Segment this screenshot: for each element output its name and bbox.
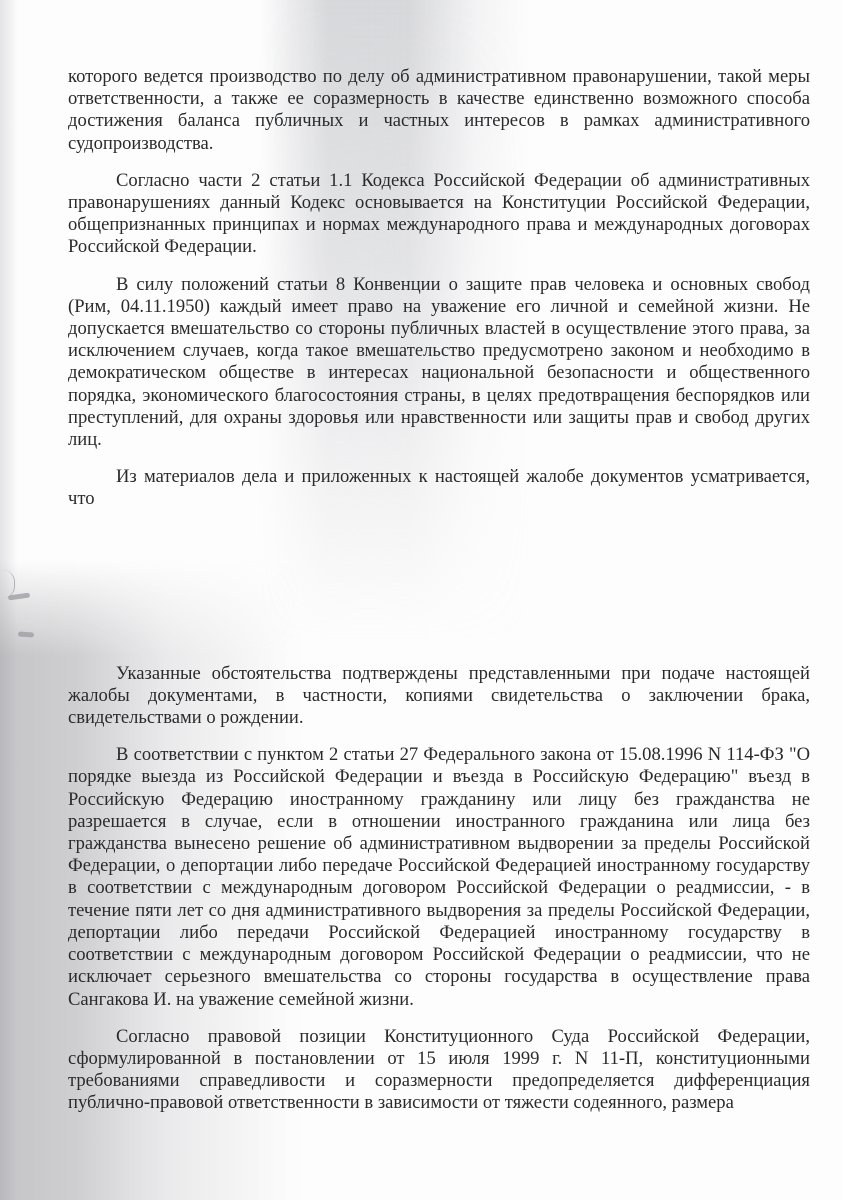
scanned-document-page: которого ведется производство по делу об… bbox=[0, 0, 842, 1200]
redacted-area bbox=[68, 526, 810, 651]
paragraph-continuation: которого ведется производство по делу об… bbox=[68, 66, 810, 155]
paragraph-convention-article-8: В силу положений статьи 8 Конвенции о за… bbox=[68, 274, 810, 452]
paragraph-circumstances-confirmed: Указанные обстоятельства подтверждены пр… bbox=[68, 663, 810, 730]
paragraph-case-materials: Из материалов дела и приложенных к насто… bbox=[68, 466, 810, 510]
paragraph-koap-article: Согласно части 2 статьи 1.1 Кодекса Росс… bbox=[68, 170, 810, 259]
paragraph-federal-law-114: В соответствии с пунктом 2 статьи 27 Фед… bbox=[68, 744, 810, 1010]
paragraph-constitutional-court: Согласно правовой позиции Конституционно… bbox=[68, 1026, 810, 1115]
staple-mark bbox=[18, 631, 34, 637]
document-body: которого ведется производство по делу об… bbox=[68, 66, 810, 1130]
